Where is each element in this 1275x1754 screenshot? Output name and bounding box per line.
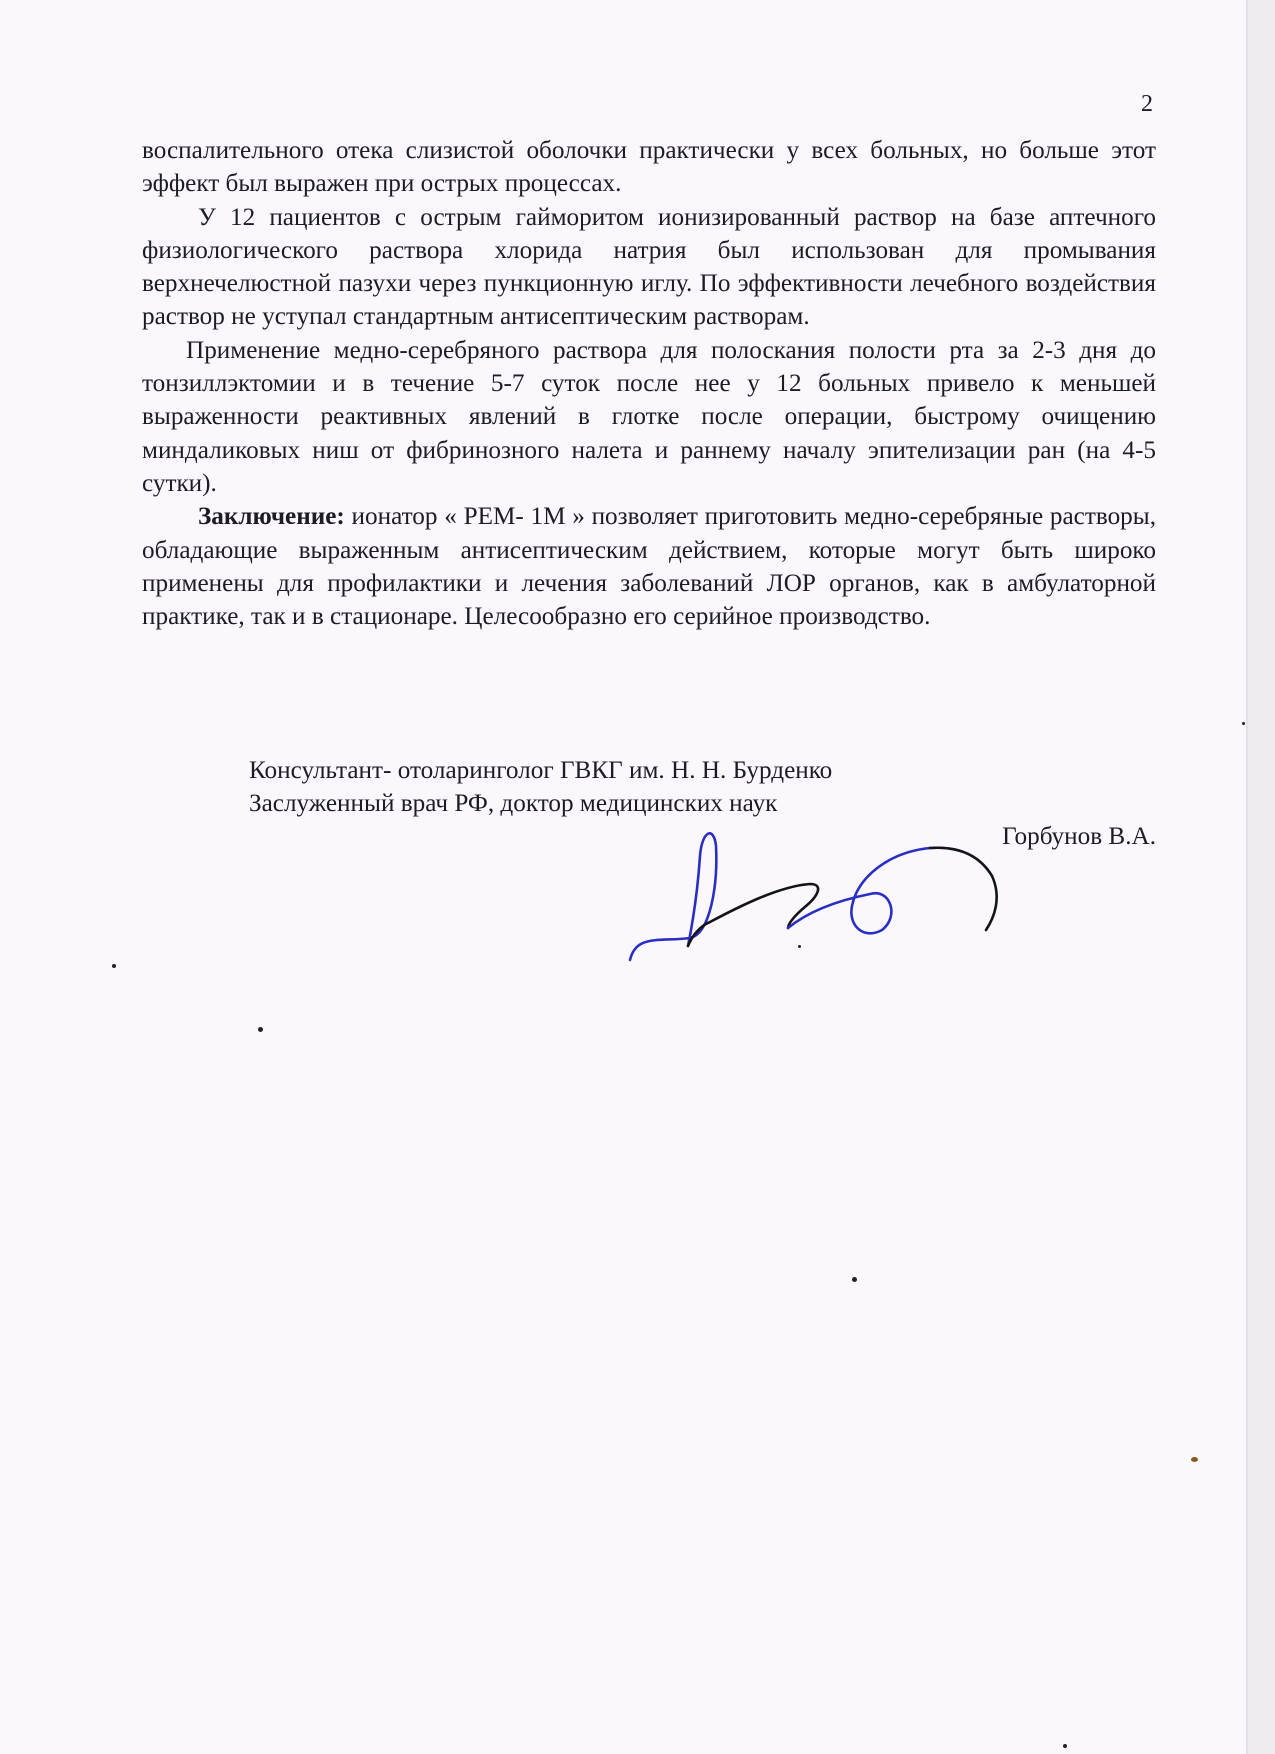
- author-name: Горбунов В.А.: [1002, 820, 1156, 853]
- document-body: воспалительного отека слизистой оболочки…: [142, 134, 1156, 633]
- document-page: 2 воспалительного отека слизистой оболоч…: [0, 0, 1246, 1754]
- handwritten-signature-icon: [620, 826, 1000, 996]
- paragraph-tonsillectomy: Применение медно-серебряного раствора дл…: [142, 334, 1156, 500]
- signature-block: Консультант- отоларинголог ГВКГ им. Н. Н…: [249, 754, 1156, 820]
- author-position: Консультант- отоларинголог ГВКГ им. Н. Н…: [249, 754, 1156, 787]
- author-title: Заслуженный врач РФ, доктор медицинских …: [249, 787, 1156, 820]
- scan-speck: [852, 1277, 857, 1282]
- scan-edge: [1246, 0, 1275, 1754]
- scan-speck: [1191, 1457, 1198, 1462]
- conclusion-label: Заключение:: [198, 503, 345, 530]
- scan-speck: [798, 945, 801, 948]
- paragraph-sinusitis: У 12 пациентов с острым гайморитом иониз…: [142, 201, 1156, 334]
- page-number: 2: [1141, 90, 1153, 118]
- scan-speck: [1242, 722, 1245, 725]
- scan-speck: [1063, 1744, 1067, 1748]
- paragraph-conclusion: Заключение: ионатор « РЕМ- 1М » позволяе…: [142, 500, 1156, 633]
- scan-speck: [258, 1027, 263, 1032]
- paragraph-continuation: воспалительного отека слизистой оболочки…: [142, 134, 1156, 201]
- scan-speck: [112, 964, 116, 968]
